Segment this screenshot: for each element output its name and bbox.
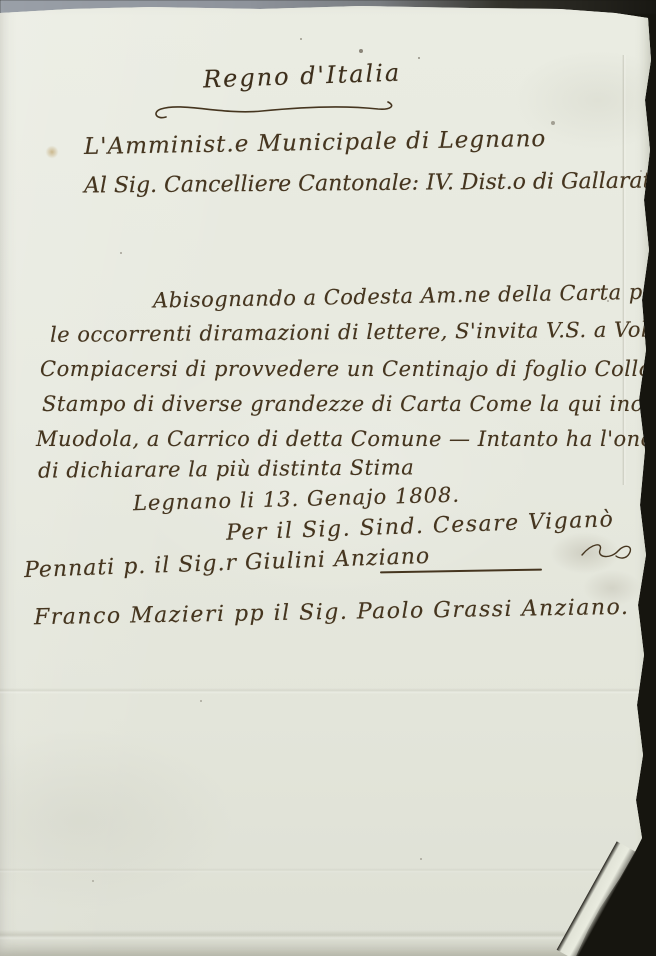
body-line: Muodola, a Carrico di detta Comune — Int… (36, 427, 656, 451)
heading-regno-italia: Regno d'Italia (203, 59, 402, 94)
body-line: Compiacersi di provvedere un Centinajo d… (40, 357, 652, 381)
horizontal-crease (0, 868, 656, 873)
address-line-recipient: Al Sig. Cancelliere Cantonale: IV. Dist.… (84, 168, 656, 198)
countersignature-line: Franco Mazieri pp il Sig. Paolo Grassi A… (34, 595, 630, 630)
body-line: di dichiarare la più distinta Stima (38, 455, 414, 482)
bottom-fold-shadow (0, 930, 656, 940)
body-line: Stampo di diverse grandezze di Carta Com… (42, 392, 656, 416)
countersignature-line: Pennati p. il Sig.r Giulini Anziano (24, 544, 431, 583)
flourish-underline (150, 97, 402, 123)
body-line: Abisognando a Codesta Am.ne della Carta … (153, 280, 656, 313)
signature-flourish (578, 533, 640, 563)
signature-line: Per il Sig. Sind. Cesare Viganò (226, 507, 615, 546)
document-photo: Regno d'Italia L'Amminist.e Municipale d… (0, 0, 656, 956)
vertical-crease (622, 55, 626, 485)
horizontal-crease (0, 688, 656, 694)
address-line-administration: L'Amminist.e Municipale di Legnano (84, 126, 547, 160)
body-line: le occorrenti diramazioni di lettere, S'… (50, 317, 656, 347)
paper-sheet: Regno d'Italia L'Amminist.e Municipale d… (0, 0, 656, 956)
dateline: Legnano li 13. Genajo 1808. (133, 483, 461, 516)
